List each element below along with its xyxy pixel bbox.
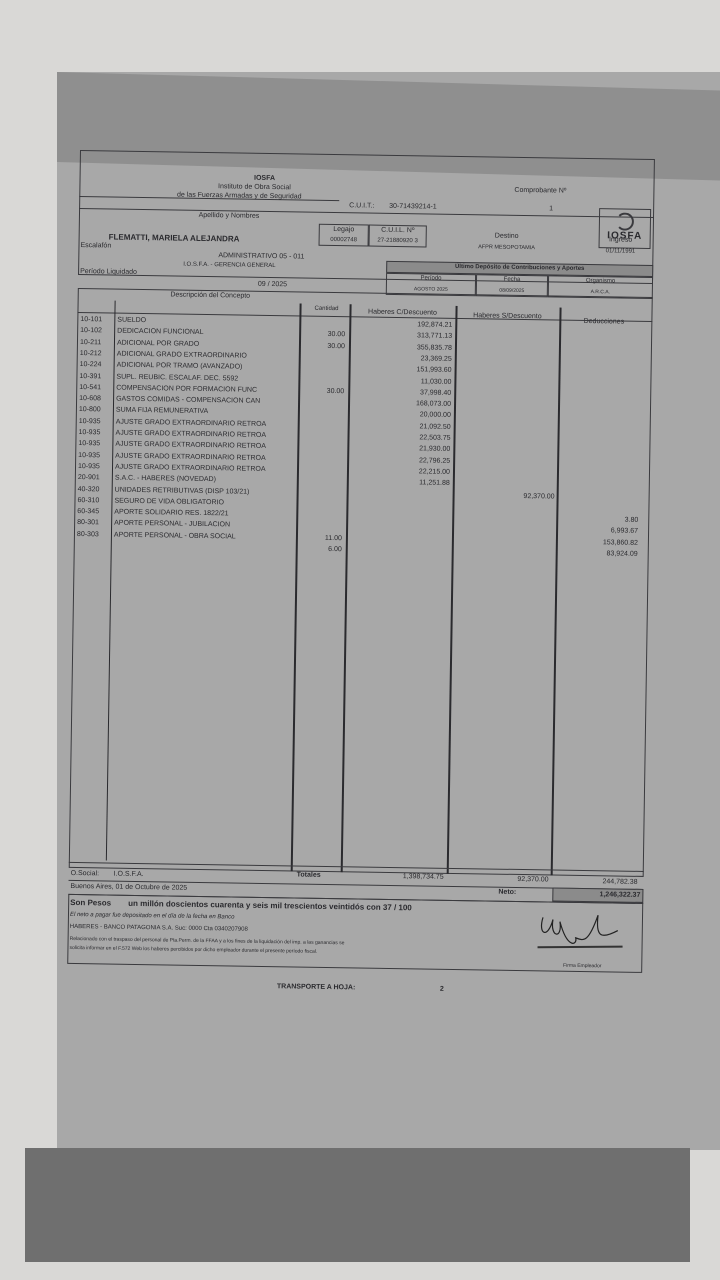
cell-code: 10-212 [80, 350, 115, 358]
cell-code: 40-320 [78, 486, 113, 494]
cell-code: 10-391 [79, 373, 114, 381]
cell-hcd: 22,503.75 [365, 434, 450, 442]
legajo-value: 00002748 [319, 237, 369, 244]
escalafon-label: Escalafón [80, 242, 111, 249]
logo-swirl-icon [616, 212, 634, 230]
obra-social-value: I.O.S.F.A. [114, 871, 144, 878]
cell-hcd: 355,835.78 [367, 343, 452, 351]
ingreso-label: Ingreso [591, 236, 651, 244]
cell-code: 80-301 [77, 519, 112, 527]
place-date: Buenos Aires, 01 de Octubre de 2025 [70, 883, 187, 892]
periodo-value: 09 / 2025 [258, 281, 287, 288]
cuil-value: 27-21880920 3 [369, 238, 427, 245]
cell-hcd: 23,369.25 [367, 354, 452, 362]
cell-ded: 3.80 [558, 516, 638, 524]
legajo-label: Legajo [319, 226, 369, 234]
comprobante-value: 1 [549, 205, 553, 212]
cell-code: 10-935 [79, 429, 114, 437]
obra-social-label: O.Social: [71, 870, 100, 877]
cuit-label: C.U.I.T.: [349, 202, 374, 209]
cell-hcd: 11,030.00 [366, 377, 451, 385]
ingreso-value: 01/11/1991 [590, 248, 650, 255]
cell-ded: 83,924.09 [558, 550, 638, 558]
periodo-label: Período Liquidado [80, 268, 137, 276]
cell-code: 80-303 [77, 531, 112, 539]
deposito-fecha-label: Fecha [476, 276, 548, 283]
total-haberes-sd: 92,370.00 [449, 875, 549, 884]
cell-qty: 30.00 [299, 331, 345, 339]
cell-hcd: 11,251.88 [365, 479, 450, 487]
cell-code: 10-541 [79, 384, 114, 392]
deposito-fecha: 08/09/2025 [476, 287, 548, 294]
cell-hcd: 37,998.40 [366, 388, 451, 396]
cell-hcd: 22,215.00 [365, 467, 450, 475]
cell-code: 10-935 [78, 440, 113, 448]
neto-label: Neto: [498, 889, 516, 896]
total-haberes-cd: 1,398,734.75 [349, 872, 444, 880]
cuil-label: C.U.I.L. Nº [369, 227, 427, 235]
cell-ded: 6,993.67 [558, 527, 638, 535]
cell-hcd: 21,930.00 [365, 445, 450, 453]
paper-bottom-shadow [25, 1148, 690, 1273]
cell-ded: 153,860.82 [558, 538, 638, 546]
cell-qty: 30.00 [299, 342, 345, 350]
cell-code: 10-935 [79, 418, 114, 426]
cell-hcd: 151,993.60 [367, 366, 452, 374]
cell-hcd: 192,874.21 [367, 321, 452, 329]
cell-code: 10-608 [79, 395, 114, 403]
cell-code: 10-224 [80, 361, 115, 369]
cell-code: 60-310 [77, 497, 112, 505]
cell-qty: 6.00 [296, 545, 342, 553]
cell-hcd: 21,092.50 [366, 422, 451, 430]
signature-icon [527, 909, 628, 961]
payslip-document: IOSFA Instituto de Obra Social de las Fu… [67, 150, 650, 989]
cell-hcd: 20,000.00 [366, 411, 451, 419]
cell-code: 60-345 [77, 508, 112, 516]
cell-code: 20-901 [78, 474, 113, 482]
cell-code: 10-800 [79, 406, 114, 414]
totales-label: Totales [297, 871, 321, 878]
cell-code: 10-935 [78, 463, 113, 471]
cell-hcd: 313,771.13 [367, 332, 452, 340]
cell-code: 10-935 [78, 452, 113, 460]
cell-hcd: 168,073.00 [366, 400, 451, 408]
transporte-label: TRANSPORTE A HOJA: [277, 983, 356, 991]
total-deducciones: 244,782.38 [553, 878, 638, 886]
comprobante-label: Comprobante Nº [514, 187, 566, 195]
cell-code: 10-102 [80, 327, 115, 335]
escalafon-value: ADMINISTRATIVO 05 - 011 [218, 252, 304, 260]
col-header-cantidad: Cantidad [302, 306, 350, 313]
cell-code: 10-101 [80, 316, 115, 324]
cell-code: 10-211 [80, 339, 115, 347]
son-pesos-label: Son Pesos [70, 898, 111, 908]
transporte-value: 2 [440, 986, 444, 993]
cell-qty: 11.00 [296, 534, 342, 542]
cell-qty: 30.00 [298, 387, 344, 395]
neto-value: 1,246,322.37 [552, 891, 640, 899]
cuit-value: 30-71439214-1 [389, 203, 437, 211]
cell-hcd: 22,796.25 [365, 456, 450, 464]
